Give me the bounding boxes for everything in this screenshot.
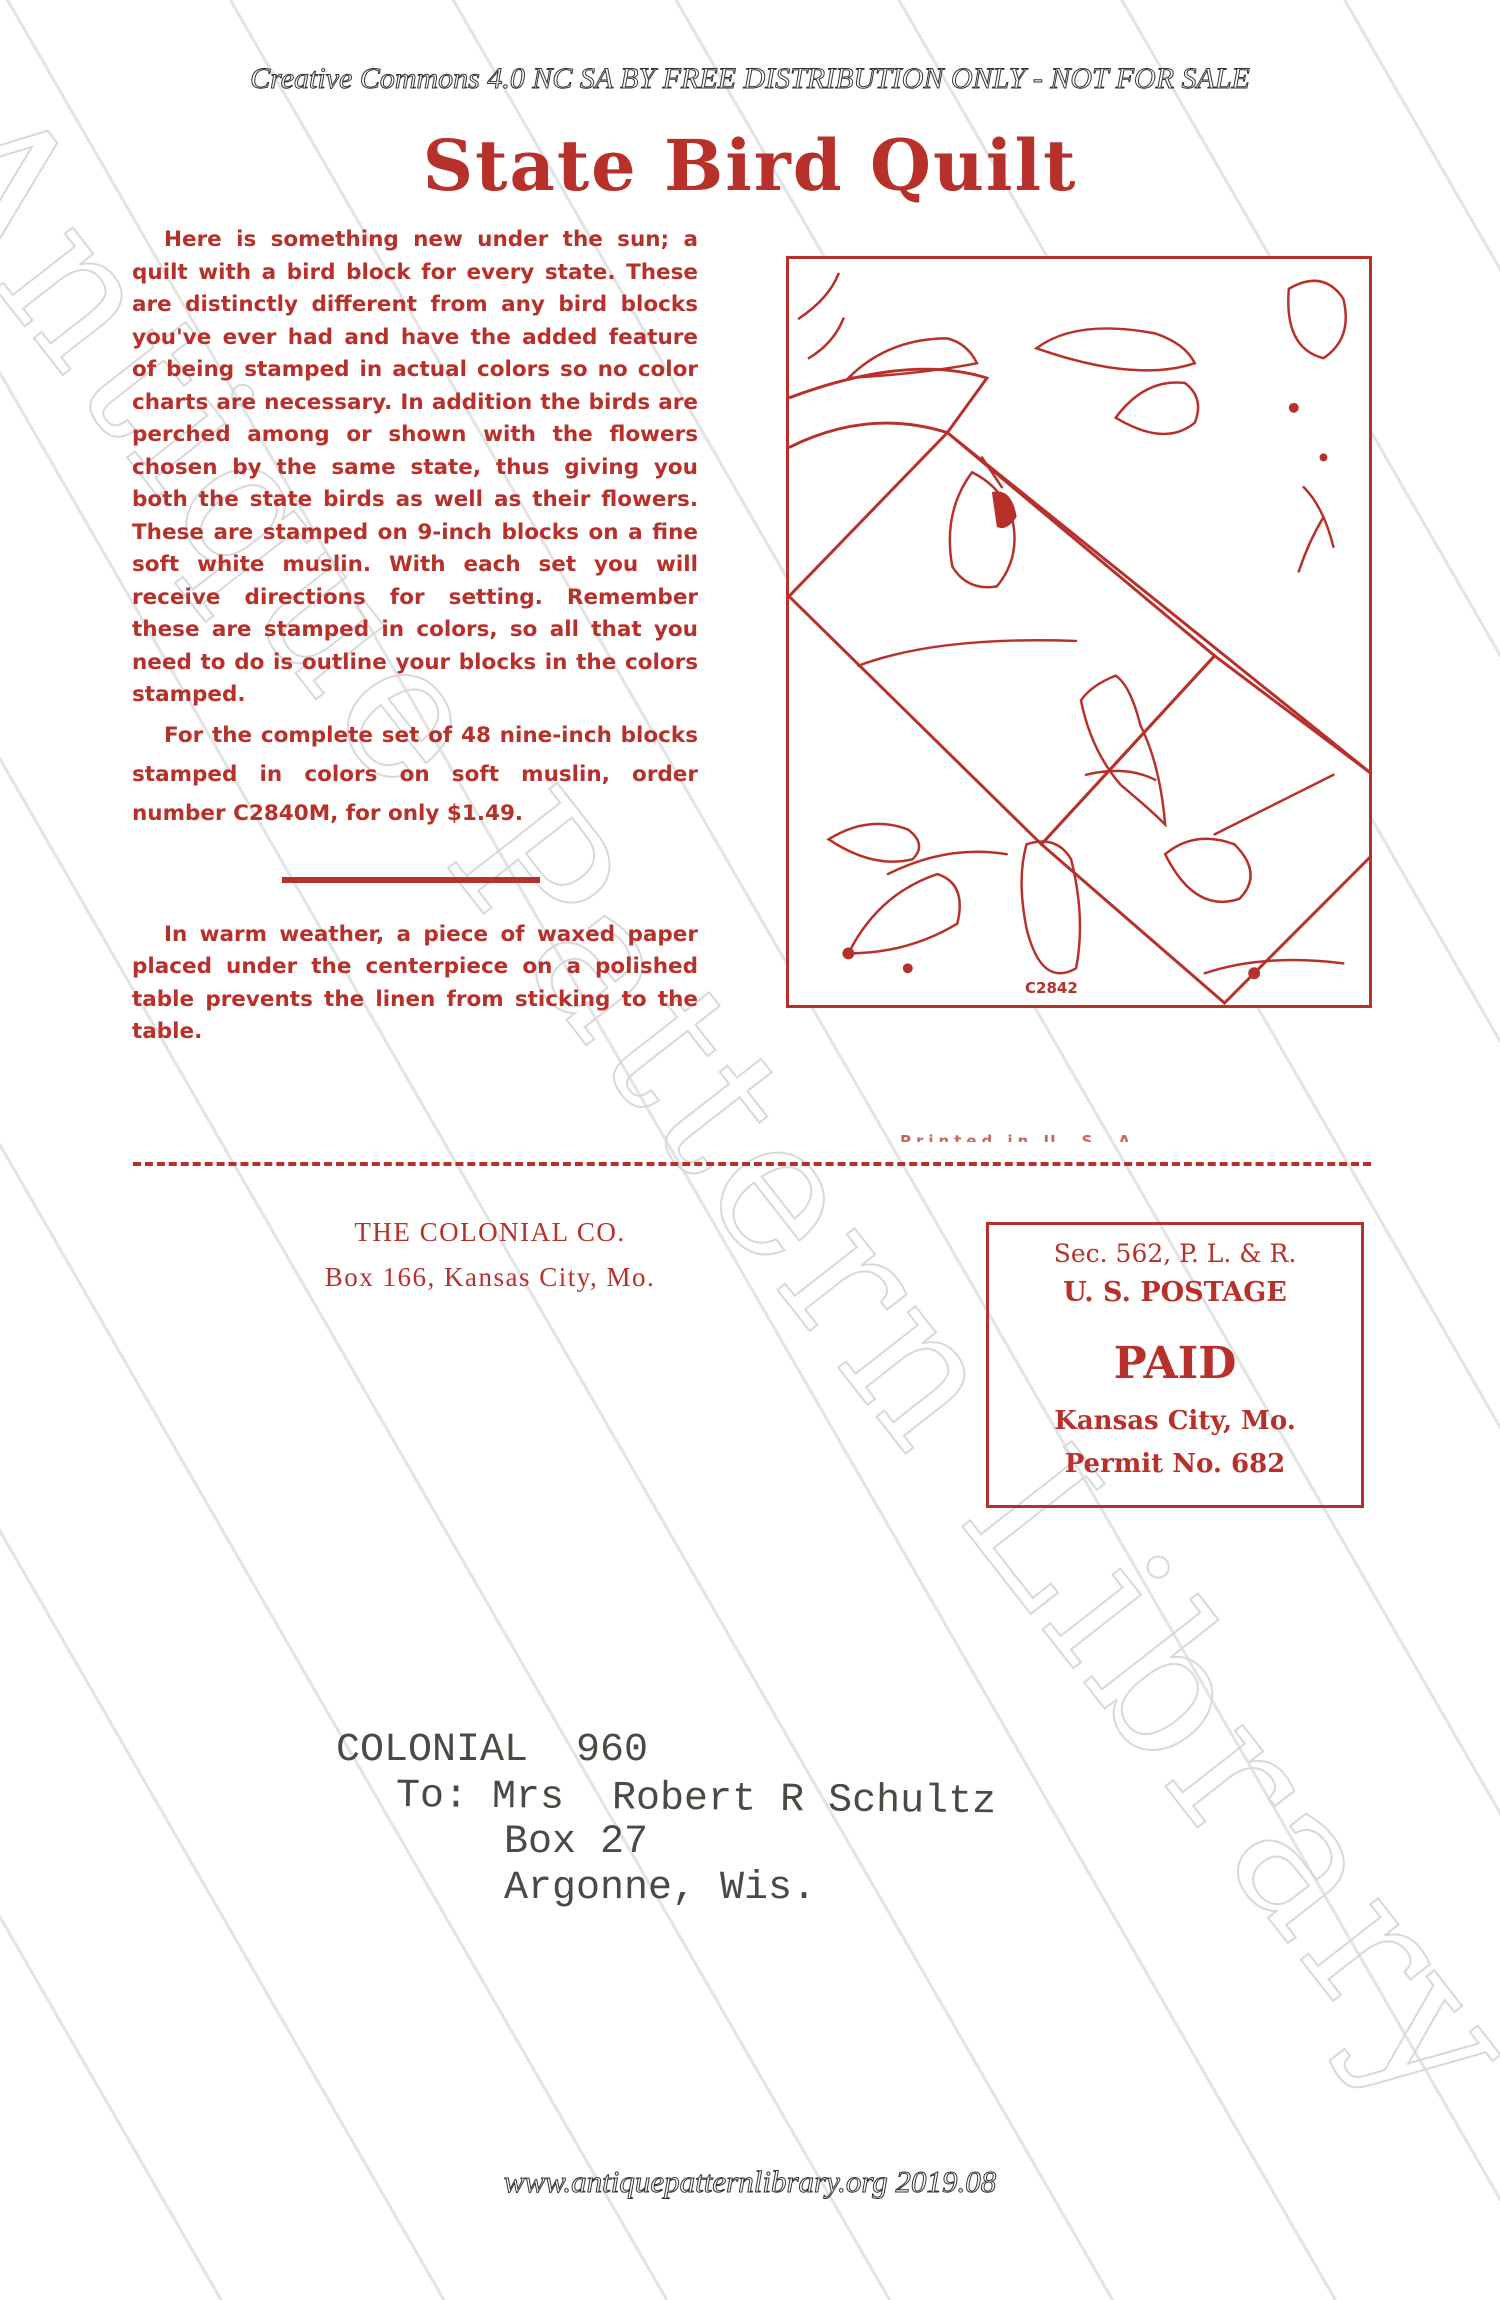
- address-box: Box 27: [504, 1820, 996, 1866]
- order-paragraph: For the complete set of 48 nine-inch blo…: [132, 716, 698, 833]
- sender-address: Box 166, Kansas City, Mo.: [250, 1255, 730, 1300]
- description-paragraph: Here is something new under the sun; a q…: [132, 224, 698, 712]
- cut-line: [133, 1162, 1371, 1166]
- household-tip: In warm weather, a piece of waxed paper …: [132, 919, 698, 1049]
- printed-in-caption: Printed in U. S. A.: [900, 1132, 1146, 1150]
- postage-permit: Permit No. 682: [989, 1443, 1361, 1485]
- birds-drawing: [789, 259, 1369, 1005]
- postage-section: Sec. 562, P. L. & R.: [989, 1233, 1361, 1275]
- address-reference: COLONIAL 960: [336, 1728, 996, 1774]
- footer-url: www.antiquepatternlibrary.org 2019.08: [0, 2164, 1500, 2200]
- postage-us: U. S. POSTAGE: [989, 1275, 1361, 1311]
- postage-paid: PAID: [989, 1329, 1361, 1399]
- sender-company: THE COLONIAL CO.: [250, 1210, 730, 1255]
- address-city: Argonne, Wis.: [504, 1866, 996, 1912]
- bird-blocks-illustration: C2842: [786, 256, 1372, 1008]
- page-title: State Bird Quilt: [0, 124, 1500, 207]
- license-notice: Creative Commons 4.0 NC SA BY FREE DISTR…: [0, 62, 1500, 96]
- illustration-code: C2842: [1025, 979, 1078, 997]
- postage-indicia: Sec. 562, P. L. & R. U. S. POSTAGE PAID …: [986, 1222, 1364, 1508]
- description-column: Here is something new under the sun; a q…: [132, 224, 698, 1049]
- address-recipient: To: Mrs Robert R Schultz: [396, 1774, 997, 1826]
- postage-city: Kansas City, Mo.: [989, 1399, 1361, 1443]
- section-divider: [282, 877, 540, 883]
- return-address: THE COLONIAL CO. Box 166, Kansas City, M…: [250, 1210, 730, 1300]
- mailing-address: COLONIAL 960 To: Mrs Robert R Schultz Bo…: [336, 1728, 996, 1912]
